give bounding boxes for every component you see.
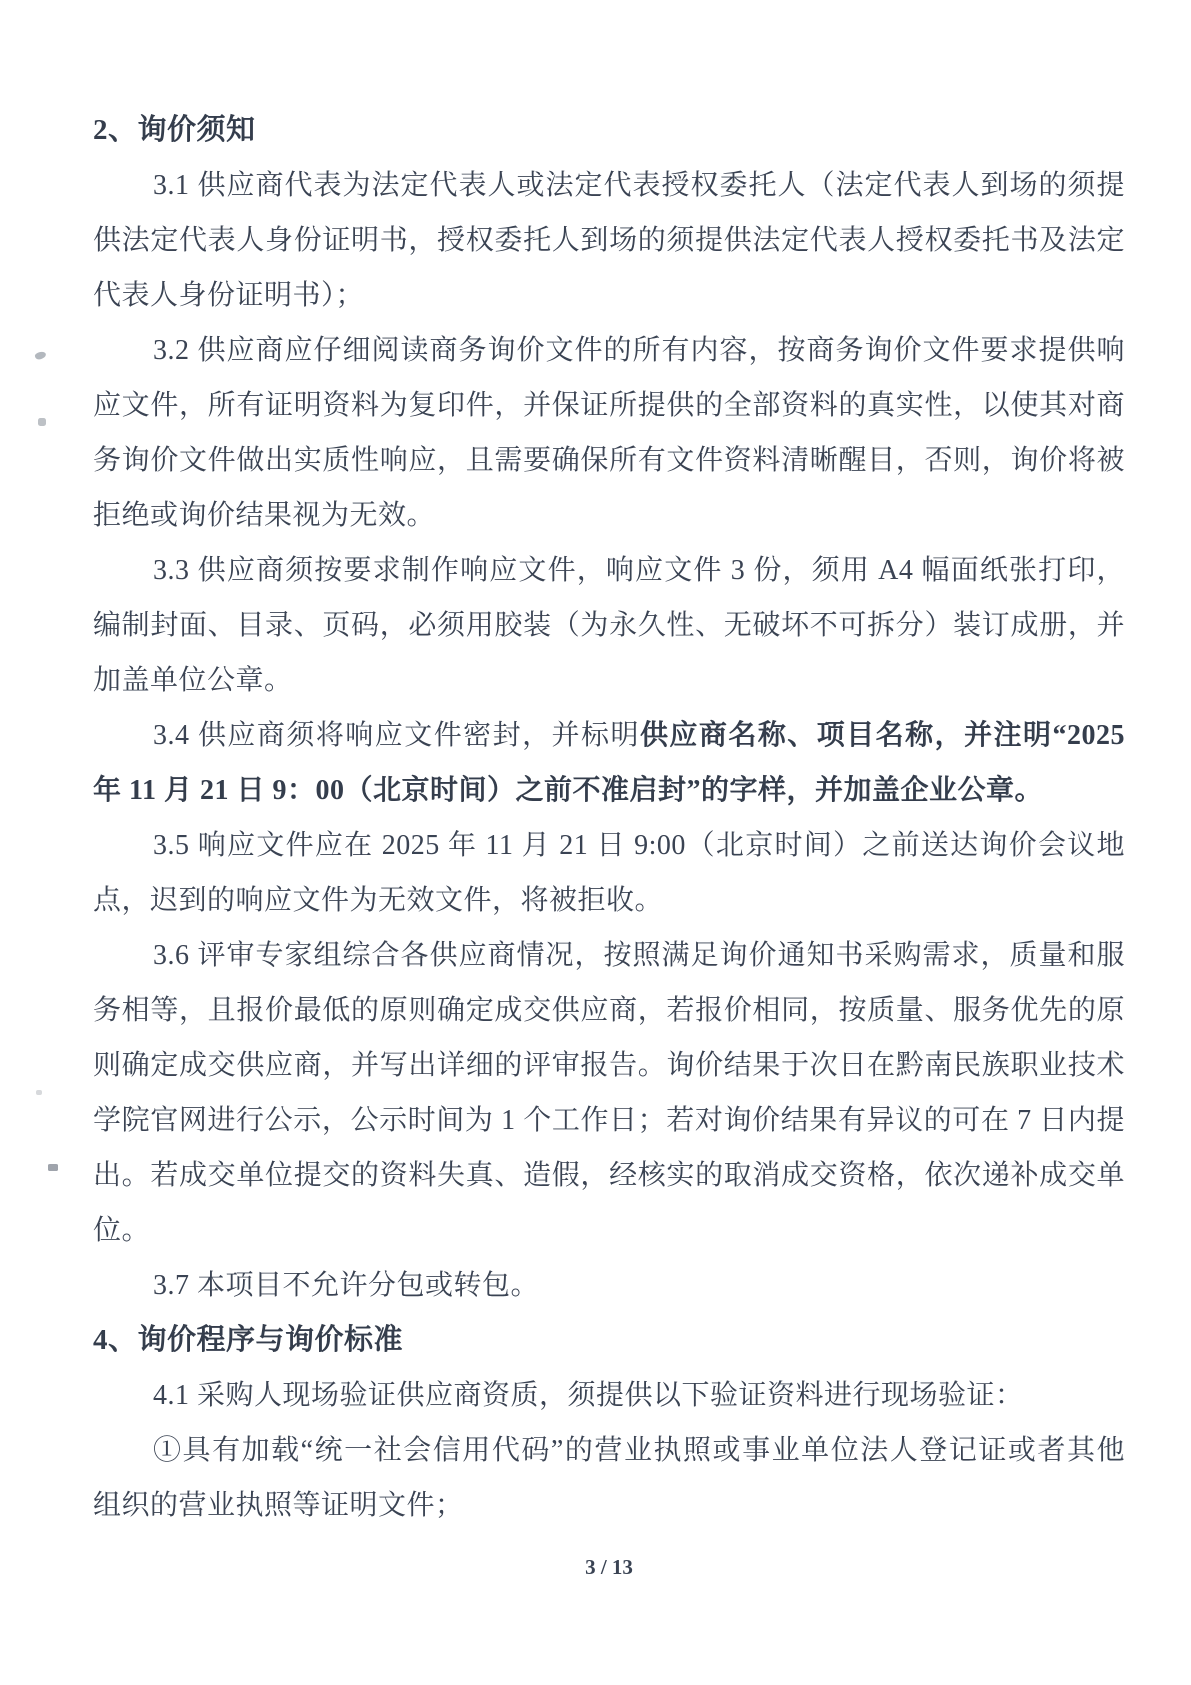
para-3-6-line-3: 则确定成交供应商，并写出详细的评审报告。询价结果于次日在黔南民族职业技术: [93, 1038, 1125, 1093]
para-3-2-line-3: 务询价文件做出实质性响应，且需要确保所有文件资料清晰醒目，否则，询价将被: [93, 433, 1125, 488]
scan-artifact: [36, 1090, 42, 1095]
para-3-3-line-3: 加盖单位公章。: [93, 653, 1125, 708]
para-3-1-line-3: 代表人身份证明书）；: [93, 268, 1125, 323]
scan-artifact: [34, 350, 47, 360]
para-3-4-bold-text: 供应商名称、项目名称，并注明“2025: [640, 720, 1125, 751]
para-3-4-regular-text: 3.4 供应商须将响应文件密封，并标明: [153, 720, 640, 751]
para-3-6-line-6: 位。: [93, 1203, 1125, 1258]
para-4-1-item-1-line-1: ①具有加载“统一社会信用代码”的营业执照或事业单位法人登记证或者其他: [93, 1423, 1125, 1478]
para-3-4-line-2: 年 11 月 21 日 9：00（北京时间）之前不准启封”的字样，并加盖企业公章…: [93, 763, 1125, 818]
para-3-1-line-1: 3.1 供应商代表为法定代表人或法定代表授权委托人（法定代表人到场的须提: [93, 158, 1125, 213]
para-3-6-line-4: 学院官网进行公示，公示时间为 1 个工作日；若对询价结果有异议的可在 7 日内提: [93, 1093, 1125, 1148]
para-3-6-line-2: 务相等，且报价最低的原则确定成交供应商，若报价相同，按质量、服务优先的原: [93, 983, 1125, 1038]
para-3-6-line-1: 3.6 评审专家组综合各供应商情况，按照满足询价通知书采购需求，质量和服: [93, 928, 1125, 983]
para-3-2-line-1: 3.2 供应商应仔细阅读商务询价文件的所有内容，按商务询价文件要求提供响: [93, 323, 1125, 378]
heading-section-2-inquiry-notice: 2、询价须知: [93, 103, 1125, 158]
scan-artifact: [38, 418, 46, 426]
scanned-page: 2、询价须知 3.1 供应商代表为法定代表人或法定代表授权委托人（法定代表人到场…: [0, 0, 1191, 1685]
para-4-1-item-1-line-2: 组织的营业执照等证明文件；: [93, 1478, 1125, 1533]
heading-section-4-procedure-criteria: 4、询价程序与询价标准: [93, 1313, 1125, 1368]
para-3-7: 3.7 本项目不允许分包或转包。: [93, 1258, 1125, 1313]
scan-artifact: [48, 1164, 58, 1171]
para-3-5-line-1: 3.5 响应文件应在 2025 年 11 月 21 日 9:00（北京时间）之前…: [93, 818, 1125, 873]
para-4-1: 4.1 采购人现场验证供应商资质，须提供以下验证资料进行现场验证：: [93, 1368, 1125, 1423]
para-3-5-line-2: 点，迟到的响应文件为无效文件，将被拒收。: [93, 873, 1125, 928]
para-3-3-line-2: 编制封面、目录、页码，必须用胶装（为永久性、无破坏不可拆分）装订成册，并: [93, 598, 1125, 653]
para-3-4-line-1: 3.4 供应商须将响应文件密封，并标明供应商名称、项目名称，并注明“2025: [93, 708, 1125, 763]
para-3-6-line-5: 出。若成交单位提交的资料失真、造假，经核实的取消成交资格，依次递补成交单: [93, 1148, 1125, 1203]
para-3-1-line-2: 供法定代表人身份证明书，授权委托人到场的须提供法定代表人授权委托书及法定: [93, 213, 1125, 268]
para-3-3-line-1: 3.3 供应商须按要求制作响应文件，响应文件 3 份，须用 A4 幅面纸张打印，: [93, 543, 1125, 598]
para-3-2-line-2: 应文件，所有证明资料为复印件，并保证所提供的全部资料的真实性，以使其对商: [93, 378, 1125, 433]
page-number: 3 / 13: [93, 1552, 1125, 1582]
para-3-2-line-4: 拒绝或询价结果视为无效。: [93, 488, 1125, 543]
document-body: 2、询价须知 3.1 供应商代表为法定代表人或法定代表授权委托人（法定代表人到场…: [93, 103, 1125, 1533]
